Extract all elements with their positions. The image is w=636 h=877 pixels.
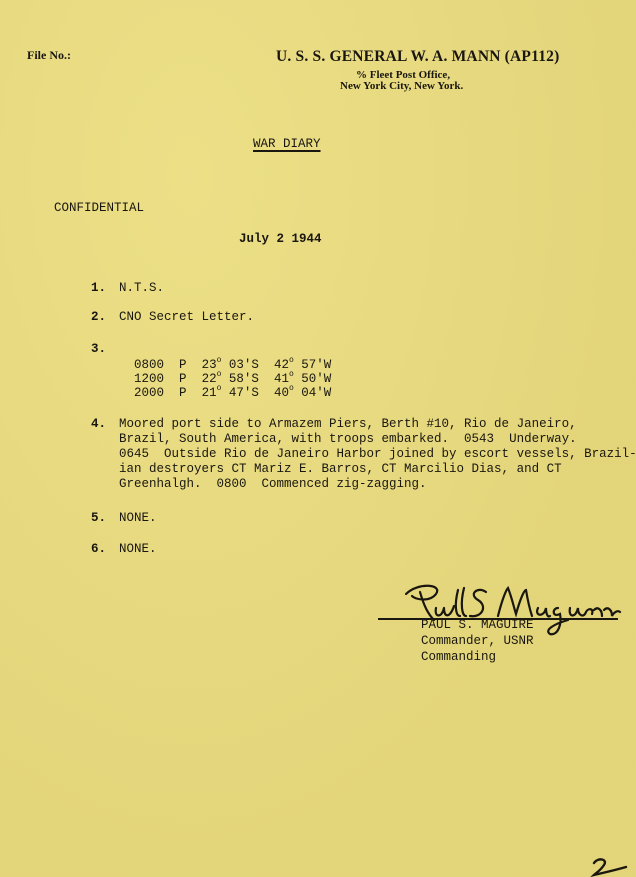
item-text: NONE. xyxy=(119,511,157,525)
document-title: WAR DIARY xyxy=(253,137,321,151)
item-text: NONE. xyxy=(119,542,157,556)
longitude-minutes: 04'W xyxy=(301,386,331,400)
item-number: 1. xyxy=(91,281,106,295)
ship-name: U. S. S. GENERAL W. A. MANN (AP112) xyxy=(276,48,559,66)
handwritten-page-number xyxy=(590,855,630,877)
signer-role: Commanding xyxy=(421,650,496,664)
position-row: 2000 P 21o 47'S 40o 04'W xyxy=(119,370,331,400)
item-text: Moored port side to Armazem Piers, Berth… xyxy=(119,417,636,492)
position-time: 2000 xyxy=(134,386,164,400)
classification-label: CONFIDENTIAL xyxy=(54,201,144,215)
item-number: 6. xyxy=(91,542,106,556)
item-number: 4. xyxy=(91,417,106,431)
file-no-label: File No.: xyxy=(27,48,71,63)
address-line-2: New York City, New York. xyxy=(340,80,463,92)
item-number: 5. xyxy=(91,511,106,525)
position-type: P xyxy=(179,386,187,400)
item-text: N.T.S. xyxy=(119,281,164,295)
signer-name: PAUL S. MAGUIRE xyxy=(421,618,534,632)
longitude-degrees: 40 xyxy=(274,386,289,400)
signer-rank: Commander, USNR xyxy=(421,634,534,648)
latitude-minutes: 47'S xyxy=(229,386,259,400)
handwritten-signature xyxy=(398,580,623,642)
item-text: CNO Secret Letter. xyxy=(119,310,254,324)
document-date: July 2 1944 xyxy=(239,232,322,246)
item-number: 3. xyxy=(91,342,106,356)
item-number: 2. xyxy=(91,310,106,324)
latitude-degrees: 21 xyxy=(202,386,217,400)
